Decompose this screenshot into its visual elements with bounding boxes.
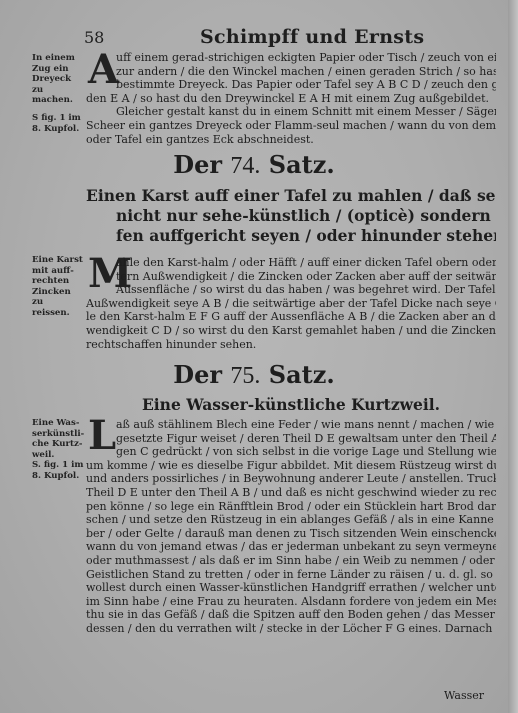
text-line: dessen / den du verrathen wilt / stecke … <box>86 622 496 636</box>
intro-paragraph: uff einem gerad-strichigen eckigten Papi… <box>86 51 496 146</box>
text-line: Gleicher gestalt kanst du in einem Schni… <box>86 105 496 119</box>
text-line: ber / oder Gelte / darauß man denen zu T… <box>86 527 496 541</box>
text-line: wollest durch einen Wasser-künstlichen H… <box>86 581 496 595</box>
section-74-heading: Der 74. Satz. <box>0 150 508 180</box>
text-line: Theil D E unter den Theil A B / und daß … <box>86 486 496 500</box>
text-line: Aussenfläche / so wirst du das haben / w… <box>86 283 496 297</box>
text-line: und anders possirliches / in Beywohnung … <box>86 472 496 486</box>
page-header: 58 Schimpff und Ernsts <box>0 28 508 50</box>
subtitle-line: Einen Karst auff einer Tafel zu mahlen /… <box>86 186 496 206</box>
section-75-heading: Der 75. Satz. <box>0 360 508 390</box>
text-line: oder muthmassest / als daß er im Sinn ha… <box>86 554 496 568</box>
margin-note-line: Eine Karst <box>32 255 84 266</box>
heading-word: Satz. <box>269 150 335 179</box>
margin-note-line: che Kurtz- <box>32 439 84 450</box>
margin-note-line: Zincken zu <box>32 287 84 308</box>
text-line: rechtschaffen hinunder sehen. <box>86 338 496 352</box>
text-line: schen / und setze den Rüstzeug in ein ab… <box>86 513 496 527</box>
section-number: 74. <box>230 153 260 179</box>
margin-note-line: reissen. <box>32 308 84 319</box>
text-line: um komme / wie es dieselbe Figur abbilde… <box>86 459 496 473</box>
margin-note-line: In einem <box>32 53 84 64</box>
margin-note-line: Dreyeck zu <box>32 74 84 95</box>
margin-note-line: machen. <box>32 95 84 106</box>
book-page: 58 Schimpff und Ernsts In einem Zug ein … <box>0 0 508 713</box>
heading-word: Der <box>173 360 222 389</box>
margin-note-line: rechten <box>32 276 84 287</box>
text-line: le den Karst-halm E F G auff der Aussenf… <box>86 310 496 324</box>
section-74-subtitle: Einen Karst auff einer Tafel zu mahlen /… <box>86 186 496 246</box>
heading-word: Der <box>173 150 222 179</box>
margin-note-triangle: In einem Zug ein Dreyeck zu machen. <box>32 53 84 106</box>
text-line: wendigkeit C D / so wirst du den Karst g… <box>86 324 496 338</box>
margin-note-line: S fig. 1 im <box>32 113 84 124</box>
section-75-paragraph: aß auß stählinem Blech eine Feder / wie … <box>86 418 496 636</box>
margin-note-wasser: Eine Was- serkünstli- che Kurtz- weil. S… <box>32 418 84 482</box>
subtitle-line: fen auffgericht seyen / oder hinunder st… <box>86 226 496 246</box>
text-line: uff einem gerad-strichigen eckigten Papi… <box>86 51 496 65</box>
text-line: oder Tafel ein gantzes Eck abschneidest. <box>86 133 496 147</box>
text-line: aß auß stählinem Blech eine Feder / wie … <box>86 418 496 432</box>
text-line: Außwendigkeit seye A B / die seitwärtige… <box>86 297 496 311</box>
margin-note-line: Zug ein <box>32 64 84 75</box>
text-line: pen könne / so lege ein Ränfftlein Brod … <box>86 500 496 514</box>
text-line: tern Außwendigkeit / die Zincken oder Za… <box>86 270 496 284</box>
text-line: ahle den Karst-halm / oder Häfft / auff … <box>86 256 496 270</box>
catchword: Wasser <box>444 689 484 702</box>
margin-note-line: mit auff- <box>32 266 84 277</box>
text-line: zur andern / die den Winckel machen / ei… <box>86 65 496 79</box>
subtitle-line: Eine Wasser-künstliche Kurtzweil. <box>86 395 496 415</box>
text-line: gen C gedrückt / von sich selbst in die … <box>86 445 496 459</box>
margin-note-line: 8. Kupfol. <box>32 124 84 135</box>
running-title: Schimpff und Ernsts <box>200 26 424 48</box>
margin-note-line: serkünstli- <box>32 429 84 440</box>
text-line: Geistlichen Stand zu tretten / oder in f… <box>86 568 496 582</box>
text-line: gesetzte Figur weiset / deren Theil D E … <box>86 432 496 446</box>
heading-word: Satz. <box>269 360 335 389</box>
section-74-paragraph: ahle den Karst-halm / oder Häfft / auff … <box>86 256 496 351</box>
margin-note-line: S. fig. 1 im <box>32 460 84 471</box>
page-number: 58 <box>84 28 104 47</box>
text-line: wann du von jemand etwas / das er jederm… <box>86 540 496 554</box>
text-line: Scheer ein gantzes Dreyeck oder Flamm-se… <box>86 119 496 133</box>
margin-note-figure-ref: S fig. 1 im 8. Kupfol. <box>32 113 84 134</box>
text-line: den E A / so hast du den Dreywinckel E A… <box>86 92 496 106</box>
section-number: 75. <box>230 363 260 389</box>
page-edge <box>508 0 518 713</box>
text-line: bestimmte Dreyeck. Das Papier oder Tafel… <box>86 78 496 92</box>
margin-note-line: Eine Was- <box>32 418 84 429</box>
margin-note-line: 8. Kupfol. <box>32 471 84 482</box>
subtitle-line: nicht nur sehe-künstlich / (opticè) sond… <box>86 206 496 226</box>
margin-note-karst: Eine Karst mit auff- rechten Zincken zu … <box>32 255 84 319</box>
text-line: thu sie in das Gefäß / daß die Spitzen a… <box>86 608 496 622</box>
section-75-subtitle: Eine Wasser-künstliche Kurtzweil. <box>86 395 496 415</box>
text-line: im Sinn habe / eine Frau zu heuraten. Al… <box>86 595 496 609</box>
margin-note-line: weil. <box>32 450 84 461</box>
